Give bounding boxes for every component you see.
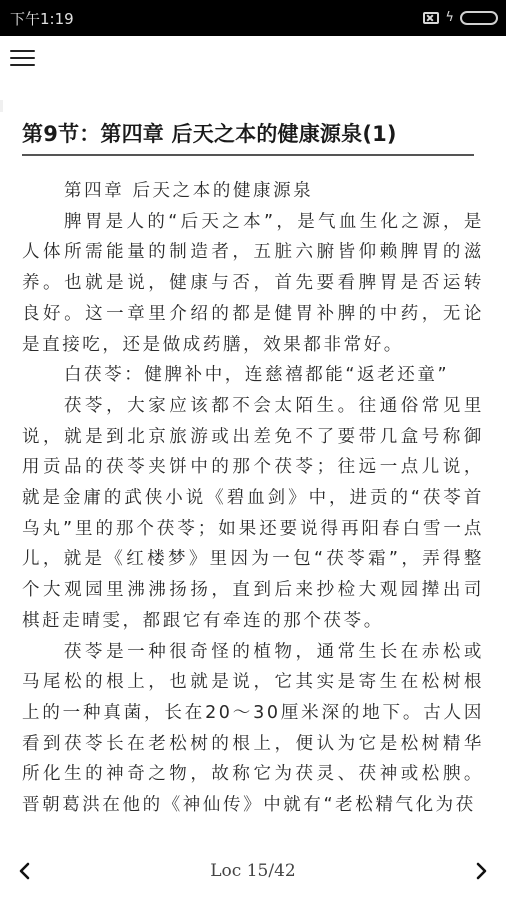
location-indicator: Loc 15/42 [0, 861, 506, 881]
sim-no-signal-icon [423, 12, 439, 24]
paragraph: 茯苓，大家应该都不会太陌生。往通俗常见里说，就是到北京旅游或出差免不了要带几盒号… [22, 391, 484, 637]
chapter-body: 第四章 后天之本的健康源泉 脾胃是人的“后天之本”，是气血生化之源，是人体所需能… [22, 176, 484, 821]
status-time: 下午1:19 [10, 8, 74, 29]
reader-content: 第9节：第四章 后天之本的健康源泉(1) 第四章 后天之本的健康源泉 脾胃是人的… [22, 118, 484, 821]
page-navigation: Loc 15/42 [0, 845, 506, 900]
paragraph: 脾胃是人的“后天之本”，是气血生化之源，是人体所需能量的制造者，五脏六腑皆仰赖脾… [22, 207, 484, 361]
paragraph: 第四章 后天之本的健康源泉 [22, 176, 484, 207]
hamburger-menu-icon[interactable] [10, 50, 36, 70]
chevron-right-icon [475, 861, 489, 881]
status-icons: ϟ [423, 9, 498, 27]
chapter-title: 第9节：第四章 后天之本的健康源泉(1) [22, 118, 474, 156]
battery-icon [460, 11, 498, 25]
paragraph: 茯苓是一种很奇怪的植物，通常生长在赤松或马尾松的根上，也就是说，它其实是寄生在松… [22, 637, 484, 821]
reader-toolbar [0, 36, 506, 100]
status-bar: 下午1:19 ϟ [0, 0, 506, 36]
paragraph: 白茯苓：健脾补中，连慈禧都能“返老还童” [22, 360, 484, 391]
next-page-button[interactable] [470, 859, 494, 883]
charging-bolt-icon: ϟ [445, 12, 454, 24]
